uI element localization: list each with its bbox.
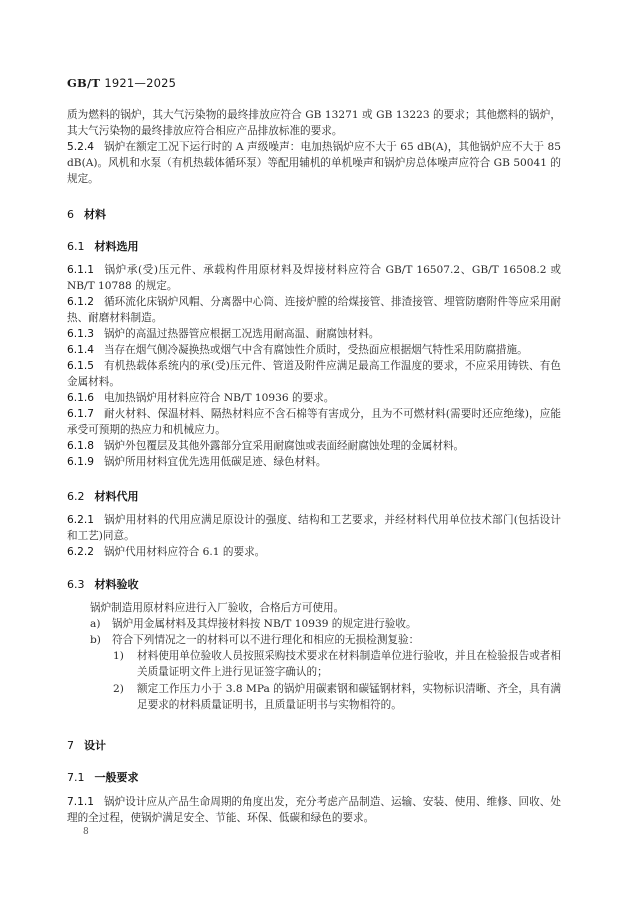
list-text: 符合下列情况之一的材料可以不进行理化和相应的无损检测复验： xyxy=(112,634,419,646)
section-number: 6.3 xyxy=(67,578,85,591)
standard-prefix: GB/T xyxy=(67,76,100,90)
clause-text: 锅炉代用材料应符合 6.1 的要求。 xyxy=(104,546,265,558)
clause-6-1-3: 6.1.3锅炉的高温过热器管应根据工况选用耐高温、耐腐蚀材料。 xyxy=(67,326,561,342)
section-heading-6: 6材料 xyxy=(67,206,106,222)
list-label: a) xyxy=(90,616,100,632)
clause-text: 锅炉所用材料宜优先选用低碳足迹、绿色材料。 xyxy=(104,456,326,468)
list-item-b: b) 符合下列情况之一的材料可以不进行理化和相应的无损检测复验： xyxy=(112,632,561,648)
clause-number: 6.1.5 xyxy=(67,360,94,372)
clause-number: 6.1.6 xyxy=(67,392,94,404)
list-text: 额定工作压力小于 3.8 MPa 的锅炉用碳素钢和碳锰钢材料，实物标识清晰、齐全… xyxy=(137,683,561,711)
section-number: 6.1 xyxy=(67,240,85,253)
section-heading-6-2: 6.2材料代用 xyxy=(67,488,139,504)
standard-number: 1921—2025 xyxy=(104,76,176,90)
clause-number: 6.1.3 xyxy=(67,328,94,340)
clause-number: 6.1.1 xyxy=(67,264,94,276)
section-number: 6.2 xyxy=(67,490,85,503)
continued-paragraph: 质为燃料的锅炉，其大气污染物的最终排放应符合 GB 13271 或 GB 132… xyxy=(67,107,561,139)
page-number: 8 xyxy=(83,827,89,837)
list-item-b-2: 2) 额定工作压力小于 3.8 MPa 的锅炉用碳素钢和碳锰钢材料，实物标识清晰… xyxy=(137,681,561,713)
section-heading-7-1: 7.1一般要求 xyxy=(67,769,139,785)
clause-text: 锅炉外包覆层及其他外露部分宜采用耐腐蚀或表面经耐腐蚀处理的金属材料。 xyxy=(104,440,464,452)
clause-number: 6.2.2 xyxy=(67,546,94,558)
clause-text: 锅炉在额定工况下运行时的 A 声级噪声：电加热锅炉应不大于 65 dB(A)，其… xyxy=(67,141,561,185)
clause-number: 5.2.4 xyxy=(67,141,94,153)
list-label: 2) xyxy=(113,681,124,697)
list-label: 1) xyxy=(113,648,124,664)
list-label: b) xyxy=(90,632,101,648)
standard-number-header: GB/T 1921—2025 xyxy=(67,76,176,90)
section-title: 材料 xyxy=(84,208,106,221)
clause-6-1-1: 6.1.1锅炉承(受)压元件、承载构件用原材料及焊接材料应符合 GB/T 165… xyxy=(67,262,561,294)
clause-text: 电加热锅炉用材料应符合 NB/T 10936 的要求。 xyxy=(104,392,334,404)
clause-6-1-8: 6.1.8锅炉外包覆层及其他外露部分宜采用耐腐蚀或表面经耐腐蚀处理的金属材料。 xyxy=(67,438,561,454)
clause-text: 锅炉的高温过热器管应根据工况选用耐高温、耐腐蚀材料。 xyxy=(104,328,379,340)
clause-5-2-4: 5.2.4锅炉在额定工况下运行时的 A 声级噪声：电加热锅炉应不大于 65 dB… xyxy=(67,139,561,187)
clause-6-1-2: 6.1.2循环流化床锅炉风帽、分离器中心筒、连接炉膛的给煤接管、排渣接管、埋管防… xyxy=(67,294,561,326)
list-text: 锅炉用金属材料及其焊接材料按 NB/T 10939 的规定进行验收。 xyxy=(112,618,417,630)
section-title: 材料验收 xyxy=(95,578,139,591)
clause-text: 循环流化床锅炉风帽、分离器中心筒、连接炉膛的给煤接管、排渣接管、埋管防磨附件等应… xyxy=(67,296,561,324)
list-text: 材料使用单位验收人员按照采购技术要求在材料制造单位进行验收，并且在检验报告或者相… xyxy=(137,650,561,678)
list-item-b-1: 1) 材料使用单位验收人员按照采购技术要求在材料制造单位进行验收，并且在检验报告… xyxy=(137,648,561,680)
section-heading-7: 7设计 xyxy=(67,737,106,753)
clause-text: 锅炉用材料的代用应满足原设计的强度、结构和工艺要求，并经材料代用单位技术部门(包… xyxy=(67,514,561,542)
section-number: 7.1 xyxy=(67,771,85,784)
section-heading-6-1: 6.1材料选用 xyxy=(67,238,139,254)
clause-text: 有机热载体系统内的承(受)压元件、管道及附件应满足最高工作温度的要求，不应采用铸… xyxy=(67,360,561,388)
section-title: 材料选用 xyxy=(95,240,139,253)
clause-number: 7.1.1 xyxy=(67,796,94,808)
clause-text: 耐火材料、保温材料、隔热材料应不含石棉等有害成分，且为不可燃材料(需要时还应绝缘… xyxy=(67,408,561,436)
clause-number: 6.1.2 xyxy=(67,296,94,308)
clause-6-1-6: 6.1.6电加热锅炉用材料应符合 NB/T 10936 的要求。 xyxy=(67,390,561,406)
clause-number: 6.1.8 xyxy=(67,440,94,452)
section-number: 6 xyxy=(67,208,74,221)
clause-number: 6.1.9 xyxy=(67,456,94,468)
clause-number: 6.1.4 xyxy=(67,344,94,356)
acceptance-intro: 锅炉制造用原材料应进行入厂验收，合格后方可使用。 xyxy=(90,600,561,616)
clause-text: 锅炉设计应从产品生命周期的角度出发，充分考虑产品制造、运输、安装、使用、维修、回… xyxy=(67,796,561,824)
section-title: 设计 xyxy=(84,739,106,752)
clause-number: 6.2.1 xyxy=(67,514,94,526)
clause-6-1-5: 6.1.5有机热载体系统内的承(受)压元件、管道及附件应满足最高工作温度的要求，… xyxy=(67,358,561,390)
clause-text: 当存在烟气侧冷凝换热或烟气中含有腐蚀性介质时，受热面应根据烟气特性采用防腐措施。 xyxy=(104,344,528,356)
section-number: 7 xyxy=(67,739,74,752)
clause-6-2-2: 6.2.2锅炉代用材料应符合 6.1 的要求。 xyxy=(67,544,561,560)
clause-6-1-9: 6.1.9锅炉所用材料宜优先选用低碳足迹、绿色材料。 xyxy=(67,454,561,470)
clause-6-1-7: 6.1.7耐火材料、保温材料、隔热材料应不含石棉等有害成分，且为不可燃材料(需要… xyxy=(67,406,561,438)
section-title: 一般要求 xyxy=(95,771,139,784)
list-item-a: a) 锅炉用金属材料及其焊接材料按 NB/T 10939 的规定进行验收。 xyxy=(112,616,561,632)
section-heading-6-3: 6.3材料验收 xyxy=(67,576,139,592)
clause-6-2-1: 6.2.1锅炉用材料的代用应满足原设计的强度、结构和工艺要求，并经材料代用单位技… xyxy=(67,512,561,544)
clause-6-1-4: 6.1.4当存在烟气侧冷凝换热或烟气中含有腐蚀性介质时，受热面应根据烟气特性采用… xyxy=(67,342,561,358)
clause-number: 6.1.7 xyxy=(67,408,94,420)
clause-7-1-1: 7.1.1锅炉设计应从产品生命周期的角度出发，充分考虑产品制造、运输、安装、使用… xyxy=(67,794,561,826)
clause-text: 锅炉承(受)压元件、承载构件用原材料及焊接材料应符合 GB/T 16507.2、… xyxy=(67,264,561,292)
section-title: 材料代用 xyxy=(95,490,139,503)
